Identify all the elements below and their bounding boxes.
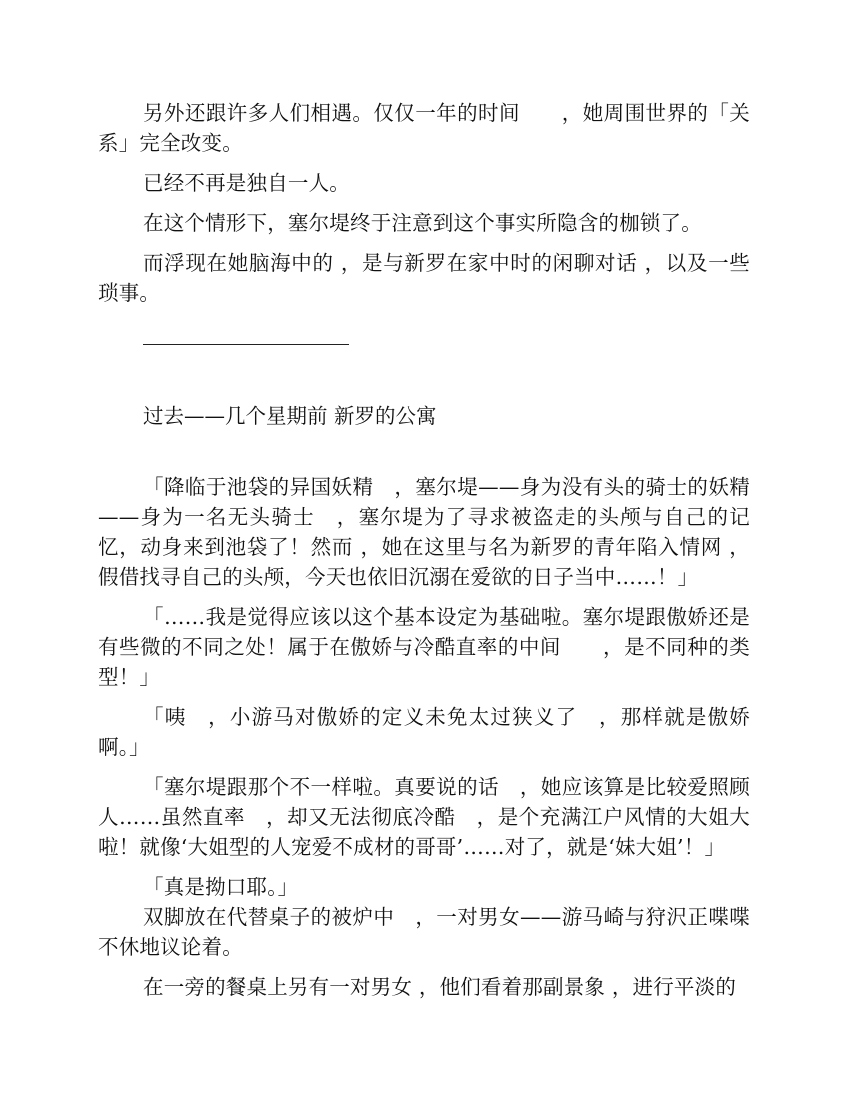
paragraph: 在这个情形下，塞尔堤终于注意到这个事实所隐含的枷锁了。 bbox=[98, 208, 750, 238]
dialogue-paragraph: 「真是拗口耶。」 bbox=[98, 872, 750, 902]
dialogue-paragraph: 「……我是觉得应该以这个基本设定为基础啦。塞尔堤跟傲娇还是有些微的不同之处！属于… bbox=[98, 602, 750, 692]
dialogue-section: 「降临于池袋的异国妖精 ，塞尔堤——身为没有头的骑士的妖精——身为一名无头骑士 … bbox=[98, 472, 750, 912]
paragraph: 而浮现在她脑海中的 ，是与新罗在家中时的闲聊对话 ，以及一些琐事。 bbox=[98, 248, 750, 308]
paragraph: 另外还跟许多人们相遇。仅仅一年的时间 ，她周围世界的「关系」完全改变。 bbox=[98, 98, 750, 158]
narration-paragraph: 在一旁的餐桌上另有一对男女 ，他们看着那副景象 ，进行平淡的 bbox=[98, 972, 750, 1002]
narration-section: 双脚放在代替桌子的被炉中 ，一对男女——游马崎与狩沢正喋喋不休地议论着。 在一旁… bbox=[98, 902, 750, 1012]
intro-section: 另外还跟许多人们相遇。仅仅一年的时间 ，她周围世界的「关系」完全改变。 已经不再… bbox=[98, 98, 750, 318]
paragraph: 已经不再是独自一人。 bbox=[98, 168, 750, 198]
dialogue-paragraph: 「降临于池袋的异国妖精 ，塞尔堤——身为没有头的骑士的妖精——身为一名无头骑士 … bbox=[98, 472, 750, 592]
scene-heading: 过去——几个星期前 新罗的公寓 bbox=[143, 401, 437, 431]
narration-paragraph: 双脚放在代替桌子的被炉中 ，一对男女——游马崎与狩沢正喋喋不休地议论着。 bbox=[98, 902, 750, 962]
dialogue-paragraph: 「塞尔堤跟那个不一样啦。真要说的话 ，她应该算是比较爱照顾人……虽然直率 ，却又… bbox=[98, 772, 750, 862]
dialogue-paragraph: 「咦 ，小游马对傲娇的定义未免太过狭义了 ，那样就是傲娇啊。」 bbox=[98, 702, 750, 762]
scene-separator-line bbox=[143, 344, 349, 345]
